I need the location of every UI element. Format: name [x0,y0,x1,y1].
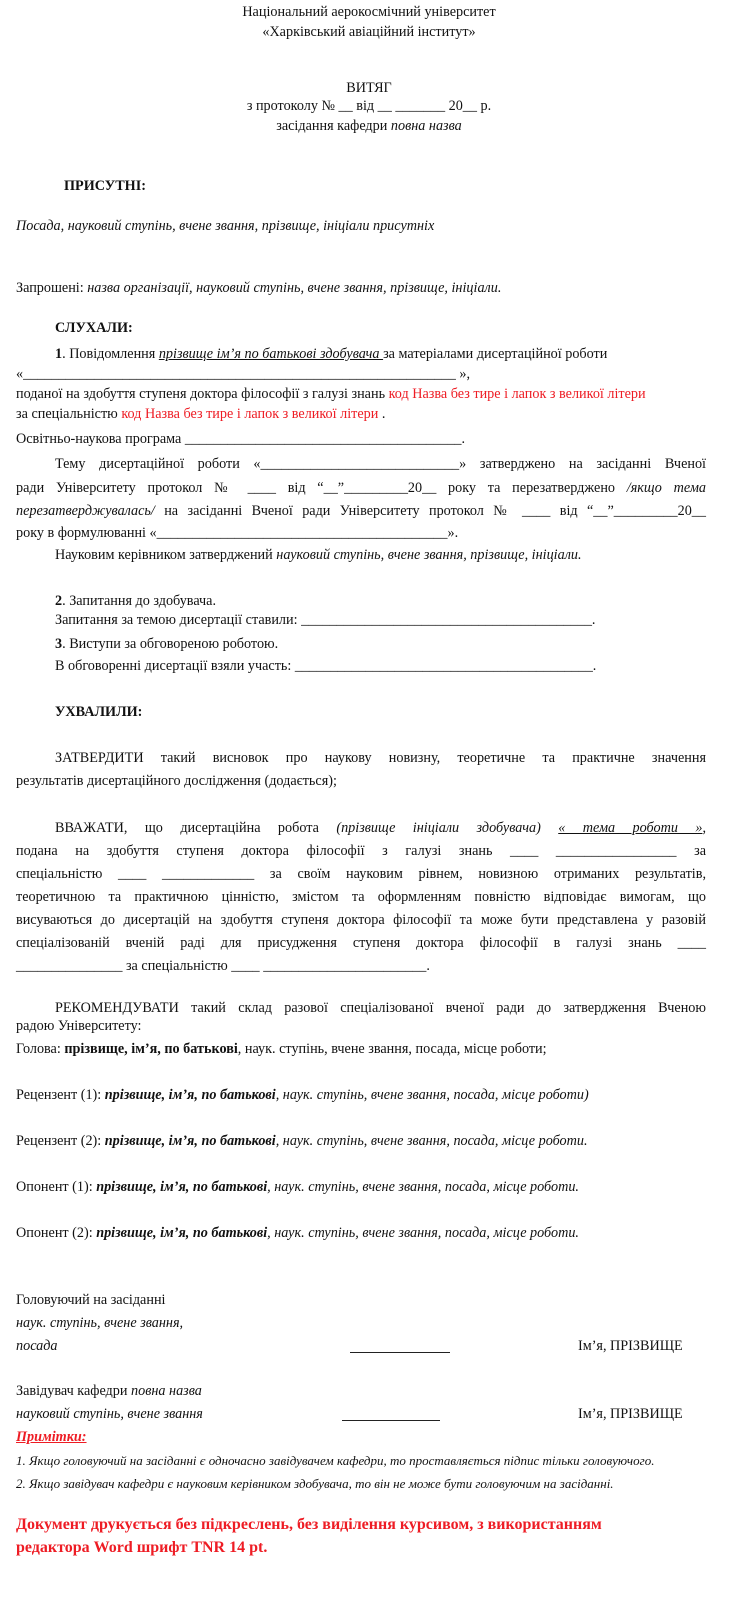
council-member-name: прізвище, ім’я, по батькові [105,1087,276,1103]
council-opponent-2: Опонент (2): прізвище, ім’я, по батькові… [16,1225,579,1242]
council-role: Опонент (2): [16,1225,96,1241]
applicant-name: прізвище ім’я по батькові здобувача [159,346,383,362]
council-chair: Голова: прізвище, ім’я, по батькові, нау… [16,1041,547,1058]
department-name: повна назва [391,118,462,134]
meeting-line: засідання кафедри повна назва [0,118,738,135]
council-details: , наук. ступінь, вчене звання, посада, м… [276,1133,588,1149]
consider-line-7: _______________ за спеціальністю ____ __… [16,958,430,975]
consider-line-6: спеціалізованій вченій раді для присудже… [16,935,706,952]
council-details: , наук. ступінь, вчене звання, посада, м… [267,1179,579,1195]
head-title: Завідувач кафедри повна назва [16,1383,202,1400]
punct: , [702,820,706,836]
chair-name: Ім’я, ПРІЗВИЩЕ [578,1338,683,1355]
item-rest: за матеріалами дисертаційної роботи [383,346,607,362]
supervisor-value: науковий ступінь, вчене звання, прізвище… [276,547,581,563]
invited-label: Запрошені: [16,280,87,296]
protocol-line: з протоколу № __ від __ _______ 20__ р. [0,98,738,115]
invited-value: назва організації, науковий ступінь, вче… [87,280,501,296]
recommend-line-1: РЕКОМЕНДУВАТИ такий склад разової спеціа… [55,1000,706,1017]
head-degree: науковий ступінь, вчене звання [16,1406,203,1423]
supervisor-line: Науковим керівником затверджений наукови… [55,547,582,564]
degree-line: поданої на здобуття ступеня доктора філо… [16,386,646,403]
head-name: Ім’я, ПРІЗВИЩЕ [578,1406,683,1423]
council-reviewer-2: Рецензент (2): прізвище, ім’я, по батько… [16,1133,588,1150]
work-topic: « тема роботи » [558,820,702,836]
topic-text: ради Університету протокол № ____ від “_… [16,480,627,496]
consider-line-2: подана на здобуття ступеня доктора філос… [16,843,706,860]
council-member-name: прізвище, ім’я, по батькові [96,1225,267,1241]
dissertation-title-blank: «_______________________________________… [16,366,470,383]
note-2: 2. Якщо завідувач кафедри є науковим кер… [16,1476,614,1492]
document-title: ВИТЯГ [0,80,738,97]
notes-heading: Примітки: [16,1429,87,1446]
topic-line-4: року в формулюванні «___________________… [16,525,458,542]
consider-line-1: ВВАЖАТИ, що дисертаційна робота (прізвищ… [55,820,706,837]
council-role: Рецензент (1): [16,1087,105,1103]
approve-line-2: результатів дисертаційного дослідження (… [16,773,337,790]
warning-line-1: Документ друкується без підкреслень, без… [16,1516,602,1534]
council-role: Опонент (1): [16,1179,96,1195]
note-1: 1. Якщо головуючий на засіданні є одноча… [16,1453,654,1469]
meeting-prefix: засідання кафедри [276,118,391,134]
recommend-line-2: радою Університету: [16,1018,141,1035]
head-title-text: Завідувач кафедри [16,1383,131,1399]
present-list: Посада, науковий ступінь, вчене звання, … [16,218,434,235]
consider-line-4: теоретичною та практичною цінністю, зміс… [16,889,706,906]
program-line: Освітньо-наукова програма ______________… [16,431,465,448]
heard-item-3: 3. Виступи за обговореною роботою. [55,636,278,653]
approve-line-1: ЗАТВЕРДИТИ такий висновок про наукову но… [55,750,706,767]
consider-line-5: висуваються до дисертацій на здобуття ст… [16,912,706,929]
head-signature-line [342,1420,440,1421]
item-text: . Запитання до здобувача. [62,593,216,609]
institute-name: «Харківський авіаційний інститут» [0,24,738,41]
topic-line-3: перезатверджувалась/ на засіданні Вченої… [16,503,706,520]
item-text: . Повідомлення [62,346,159,362]
council-details: , наук. ступінь, вчене звання, посада, м… [267,1225,579,1241]
heard-heading: СЛУХАЛИ: [55,320,133,337]
head-department: повна назва [131,1383,202,1399]
resolved-heading: УХВАЛИЛИ: [55,704,142,721]
topic-line-1: Тему дисертаційної роботи «_____________… [55,456,706,473]
council-reviewer-1: Рецензент (1): прізвище, ім’я, по батько… [16,1087,589,1104]
council-role: Рецензент (2): [16,1133,105,1149]
participants-line: В обговоренні дисертації взяли участь: _… [55,658,596,675]
heard-item-1: 1. Повідомлення прізвище ім’я по батьков… [55,346,607,363]
council-member-name: прізвище, ім’я, по батькові [105,1133,276,1149]
warning-line-2: редактора Word шрифт TNR 14 pt. [16,1539,267,1557]
specialty-code-red: код Назва без тире і лапок з великої літ… [121,406,378,422]
item-text: . Виступи за обговореною роботою. [62,636,278,652]
council-details: , наук. ступінь, вчене звання, посада, м… [238,1041,547,1057]
topic-text-cont: на засіданні Вченої ради Університету пр… [155,503,706,519]
chair-degree: наук. ступінь, вчене звання, [16,1315,183,1332]
consider-line-3: спеціальністю ____ _____________ за свої… [16,866,706,883]
invited-line: Запрошені: назва організації, науковий с… [16,280,501,297]
field-code-red: код Назва без тире і лапок з великої літ… [389,386,646,402]
topic-line-2: ради Університету протокол № ____ від “_… [16,480,706,497]
specialty-line: за спеціальністю код Назва без тире і ла… [16,406,385,423]
degree-text: поданої на здобуття ступеня доктора філо… [16,386,389,402]
council-member-name: прізвище, ім’я, по батькові [96,1179,267,1195]
specialty-end: . [378,406,385,422]
supervisor-text: Науковим керівником затверджений [55,547,276,563]
specialty-text: за спеціальністю [16,406,121,422]
consider-text: ВВАЖАТИ, що дисертаційна робота [55,820,336,836]
heard-item-2: 2. Запитання до здобувача. [55,593,216,610]
university-name: Національний аерокосмічний університет [0,4,738,21]
chair-position: посада [16,1338,57,1355]
council-details: , наук. ступінь, вчене звання, посада, м… [276,1087,589,1103]
chair-title: Головуючий на засіданні [16,1292,166,1309]
applicant-initials: (прізвище ініціали здобувача) [336,820,540,836]
council-member-name: прізвище, ім’я, по батькові [64,1041,237,1057]
present-heading: ПРИСУТНІ: [64,178,146,195]
council-opponent-1: Опонент (1): прізвище, ім’я, по батькові… [16,1179,579,1196]
topic-note-cont: перезатверджувалась/ [16,503,155,519]
chair-signature-line [350,1352,450,1353]
council-role: Голова: [16,1041,64,1057]
questions-line: Запитання за темою дисертації ставили: _… [55,612,595,629]
topic-note: /якщо тема [627,480,706,496]
